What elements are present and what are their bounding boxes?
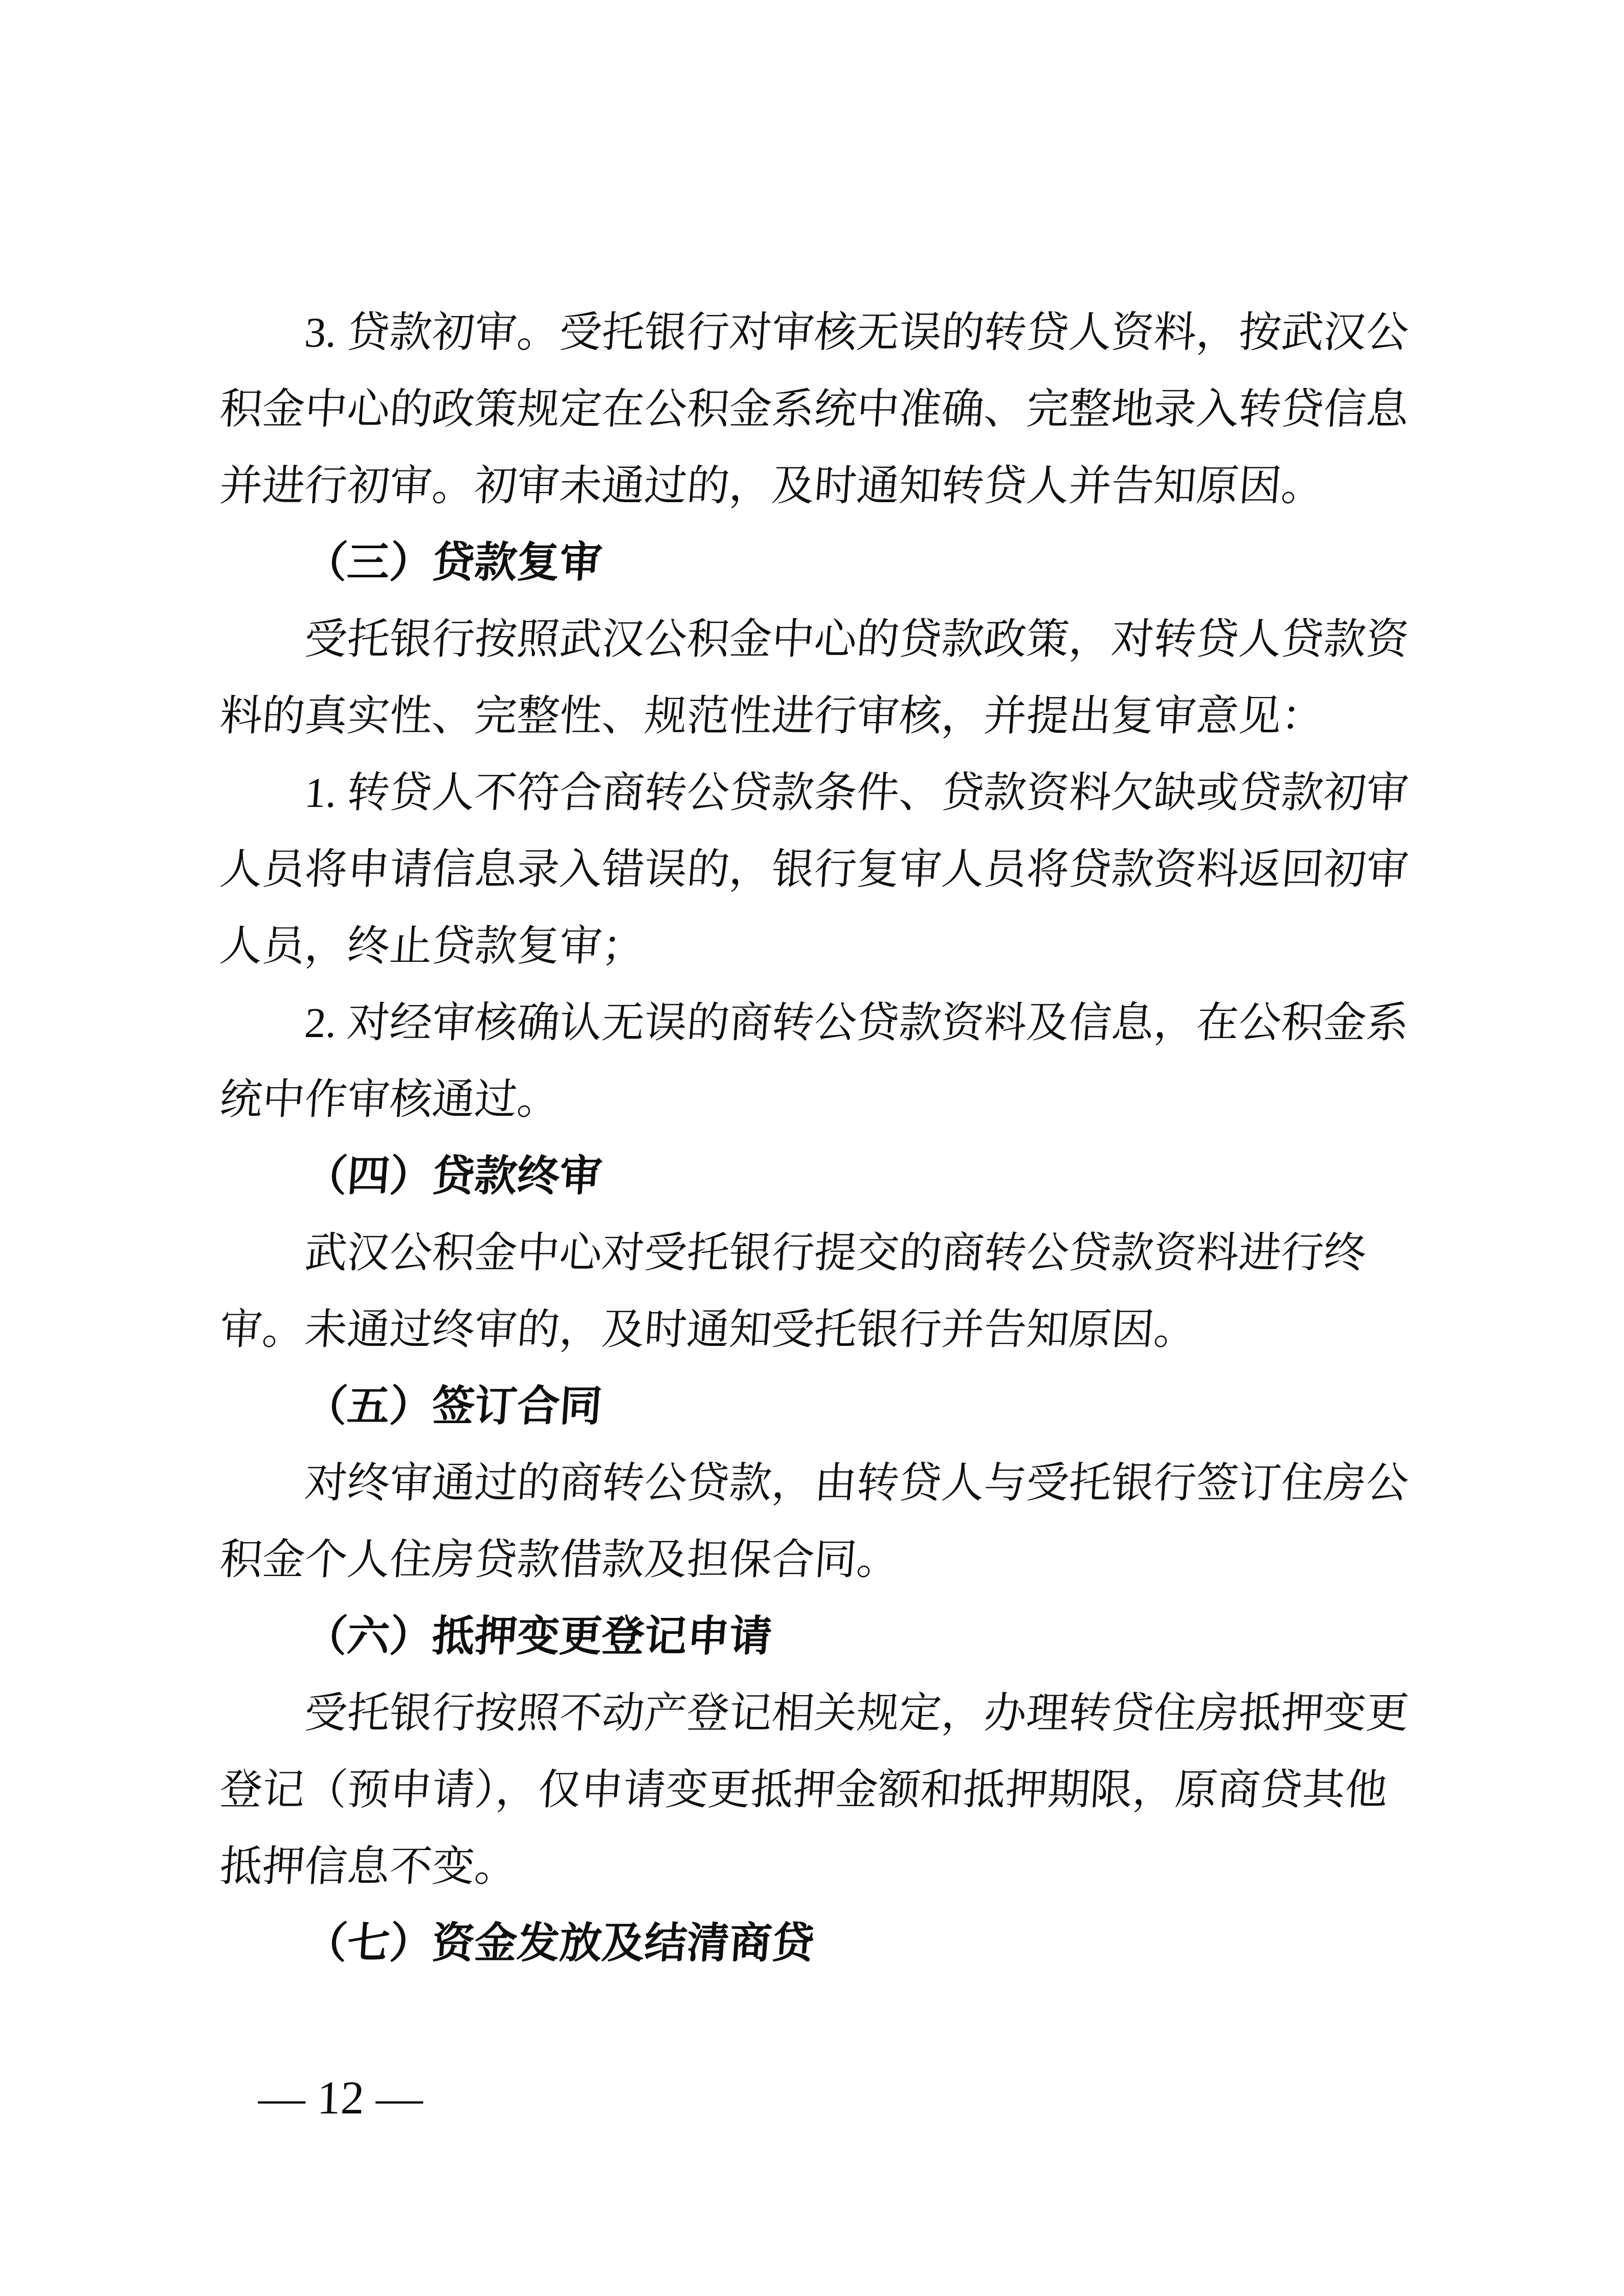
text-line: 抵押信息不变。 xyxy=(217,1828,1430,1905)
text-line: 武汉公积金中心对受托银行提交的商转公贷款资料进行终 xyxy=(217,1214,1430,1291)
section-heading: （四）贷款终审 xyxy=(217,1138,1430,1214)
page-number: — 12 — xyxy=(257,2072,424,2123)
text-line: 统中作审核通过。 xyxy=(217,1061,1430,1138)
text-line: 受托银行按照武汉公积金中心的贷款政策，对转贷人贷款资 xyxy=(217,601,1430,678)
page-footer: — 12 — xyxy=(258,2072,423,2123)
text-line: 料的真实性、完整性、规范性进行审核，并提出复审意见： xyxy=(217,678,1430,754)
text-line: 并进行初审。初审未通过的，及时通知转贷人并告知原因。 xyxy=(217,447,1430,524)
text-line: 2. 对经审核确认无误的商转公贷款资料及信息，在公积金系 xyxy=(217,984,1430,1061)
text-line: 人员，终止贷款复审； xyxy=(217,908,1430,984)
document-text: 3. 贷款初审。受托银行对审核无误的转贷人资料，按武汉公积金中心的政策规定在公积… xyxy=(220,294,1427,1982)
text-line: 积金中心的政策规定在公积金系统中准确、完整地录入转贷信息 xyxy=(217,371,1430,447)
section-heading: （六）抵押变更登记申请 xyxy=(217,1598,1430,1675)
text-line: 审。未通过终审的，及时通知受托银行并告知原因。 xyxy=(217,1291,1430,1368)
section-heading: （五）签订合同 xyxy=(217,1368,1430,1445)
text-line: 受托银行按照不动产登记相关规定，办理转贷住房抵押变更 xyxy=(217,1675,1430,1751)
text-line: 1. 转贷人不符合商转公贷款条件、贷款资料欠缺或贷款初审 xyxy=(217,754,1430,831)
text-line: 登记（预申请），仅申请变更抵押金额和抵押期限，原商贷其他 xyxy=(217,1751,1430,1828)
text-line: 3. 贷款初审。受托银行对审核无误的转贷人资料，按武汉公 xyxy=(217,294,1430,371)
text-line: 积金个人住房贷款借款及担保合同。 xyxy=(217,1521,1430,1598)
section-heading: （七）资金发放及结清商贷 xyxy=(217,1905,1430,1982)
document-page: 3. 贷款初审。受托银行对审核无误的转贷人资料，按武汉公积金中心的政策规定在公积… xyxy=(0,0,1624,2296)
text-line: 人员将申请信息录入错误的，银行复审人员将贷款资料返回初审 xyxy=(217,831,1430,908)
section-heading: （三）贷款复审 xyxy=(217,524,1430,601)
text-line: 对终审通过的商转公贷款，由转贷人与受托银行签订住房公 xyxy=(217,1445,1430,1521)
